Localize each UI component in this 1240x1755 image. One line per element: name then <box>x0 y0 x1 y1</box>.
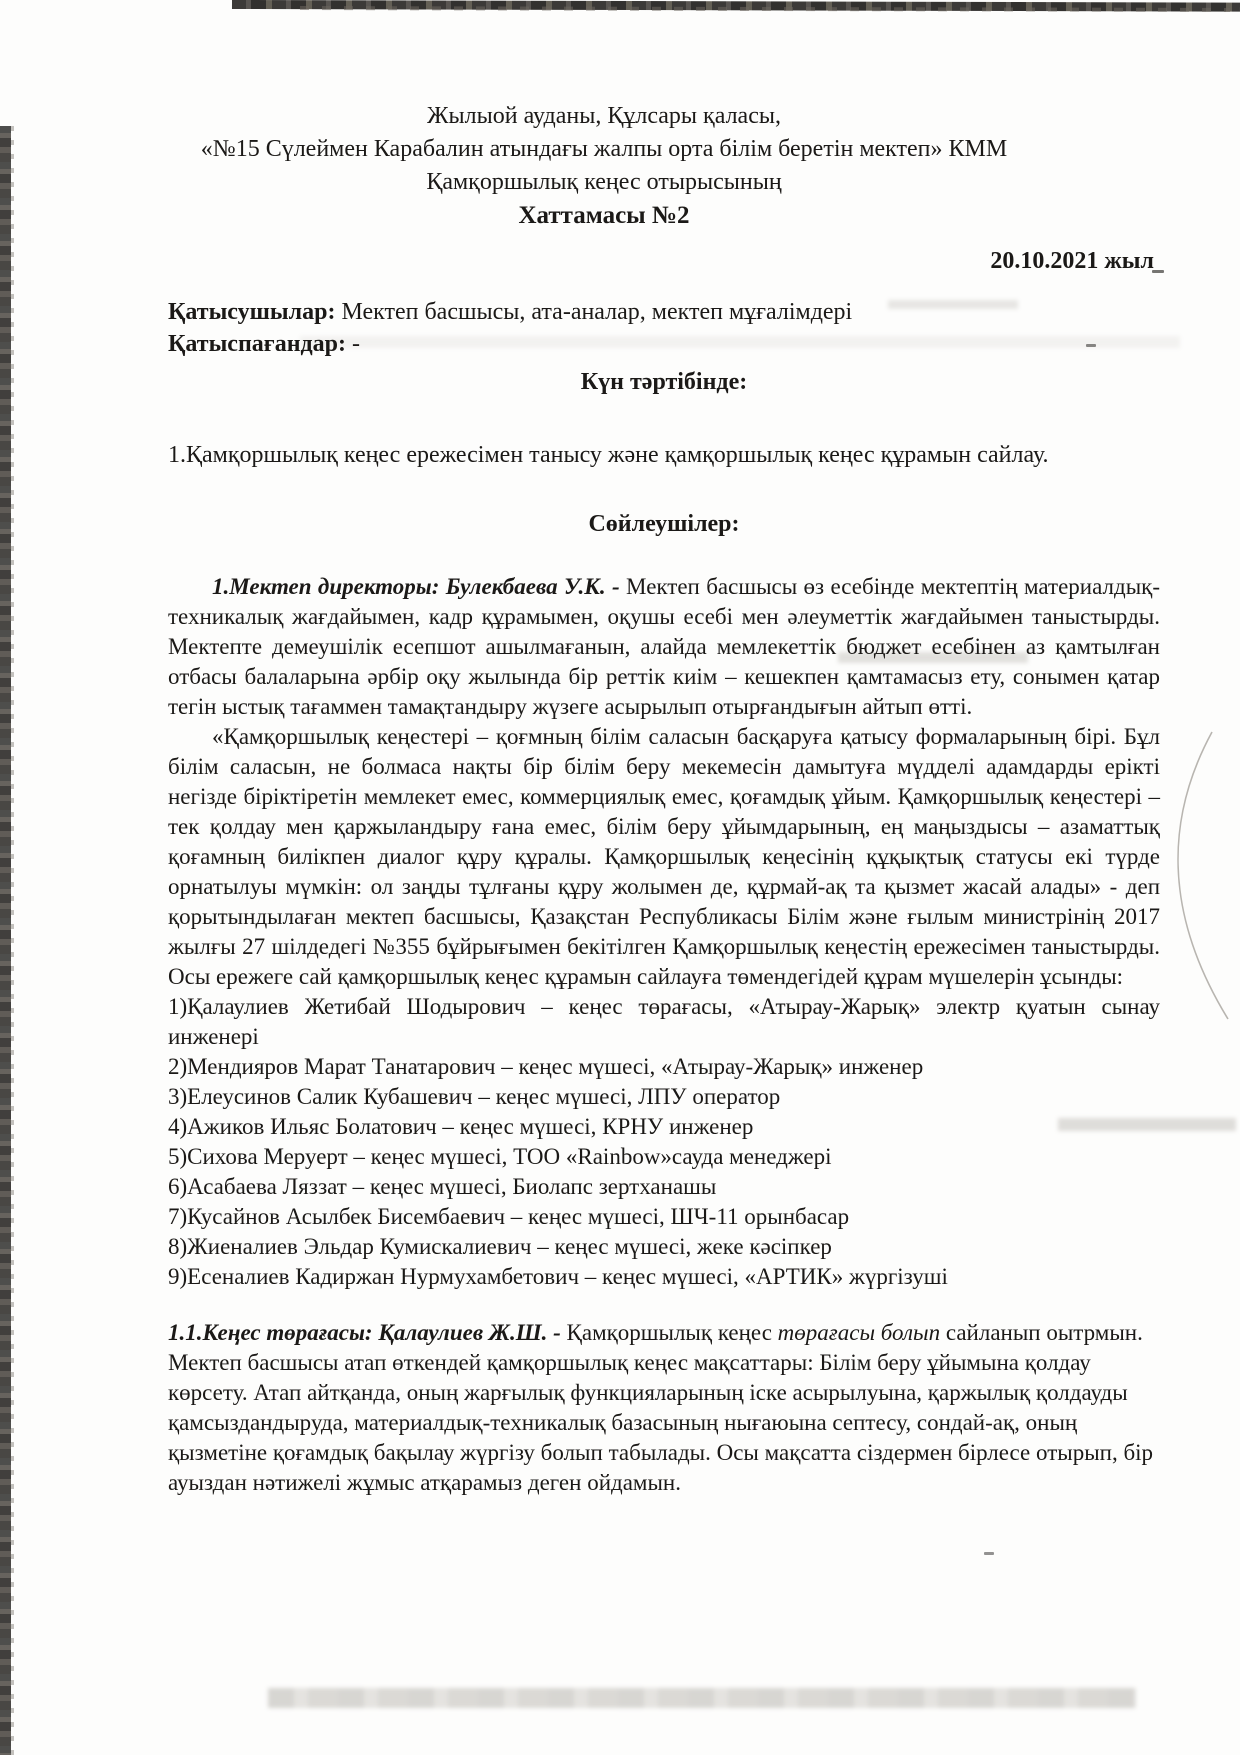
scan-smudge-bottom <box>268 1688 1136 1708</box>
agenda-heading: Күн тәртібінде: <box>168 366 1160 398</box>
speech-director-paragraph: 1.Мектеп директоры: Булекбаева У.К. - Ме… <box>168 572 1160 722</box>
header-protocol-number: Хаттамасы №2 <box>168 199 1040 232</box>
speakers-heading: Сөйлеушілер: <box>168 508 1160 540</box>
speech-director-lead: 1.Мектеп директоры: Булекбаева У.К. - <box>212 574 620 599</box>
participants-label: Қатысушылар: <box>168 299 335 325</box>
council-member-item: 9)Есеналиев Кадиржан Нурмухамбетович – к… <box>168 1262 1160 1292</box>
agenda-item: 1.Қамқоршылық кеңес ережесімен танысу жә… <box>168 440 1160 470</box>
council-member-item: 1)Қалаулиев Жетибай Шодырович – кеңес тө… <box>168 992 1160 1052</box>
header-school-line: «№15 Сүлеймен Карабалин атындағы жалпы о… <box>168 133 1040 166</box>
council-member-item: 3)Елеусинов Салик Кубашевич – кеңес мүше… <box>168 1082 1160 1112</box>
speech-chairman-body-italic: төрағасы болып <box>778 1320 940 1345</box>
absent-label: Қатыспағандар: <box>168 331 346 357</box>
scan-dash-mark <box>984 1552 994 1555</box>
council-member-item: 8)Жиеналиев Эльдар Кумискалиевич – кеңес… <box>168 1232 1160 1262</box>
scan-edge-left <box>0 126 11 1755</box>
council-member-item: 7)Кусайнов Асылбек Бисембаевич – кеңес м… <box>168 1202 1160 1232</box>
protocol-date: 20.10.2021 жыл <box>168 246 1160 276</box>
participants-line: Қатысушылар: Мектеп басшысы, ата-аналар,… <box>168 296 1160 328</box>
document-page: Жылыой ауданы, Құлсары қаласы, «№15 Сүле… <box>168 100 1160 1498</box>
participants-value: Мектеп басшысы, ата-аналар, мектеп мұғал… <box>335 299 852 325</box>
council-member-item: 6)Асабаева Ляззат – кеңес мүшесі, Биолап… <box>168 1172 1160 1202</box>
speech-chairman-lead: 1.1.Кеңес төрағасы: Қалаулиев Ж.Ш. - <box>168 1320 561 1345</box>
absent-line: Қатыспағандар: - <box>168 328 1160 360</box>
council-member-item: 4)Ажиков Ильяс Болатович – кеңес мүшесі,… <box>168 1112 1160 1142</box>
absent-value: - <box>346 331 360 357</box>
speech-director-quote-paragraph: «Қамқоршылық кеңестері – қоғмның білім с… <box>168 722 1160 992</box>
council-member-item: 5)Сихова Меруерт – кеңес мүшесі, ТОО «Ra… <box>168 1142 1160 1172</box>
scan-edge-top-texture <box>300 6 1230 12</box>
header-region-line: Жылыой ауданы, Құлсары қаласы, <box>168 100 1040 133</box>
meta-block: Қатысушылар: Мектеп басшысы, ата-аналар,… <box>168 296 1160 360</box>
speech-chairman-paragraph: 1.1.Кеңес төрағасы: Қалаулиев Ж.Ш. - Қам… <box>168 1318 1160 1498</box>
scan-edge-left-texture <box>11 126 14 1755</box>
council-member-item: 2)Мендияров Марат Танатарович – кеңес мү… <box>168 1052 1160 1082</box>
speech-chairman-body-post: сайланып оытрмын. Мектеп басшысы атап өт… <box>168 1320 1153 1495</box>
document-header: Жылыой ауданы, Құлсары қаласы, «№15 Сүле… <box>168 100 1040 232</box>
council-members-list: 1)Қалаулиев Жетибай Шодырович – кеңес тө… <box>168 992 1160 1292</box>
header-council-line: Қамқоршылық кеңес отырысының <box>168 166 1040 199</box>
speech-chairman-body-pre: Қамқоршылық кеңес <box>561 1320 778 1345</box>
